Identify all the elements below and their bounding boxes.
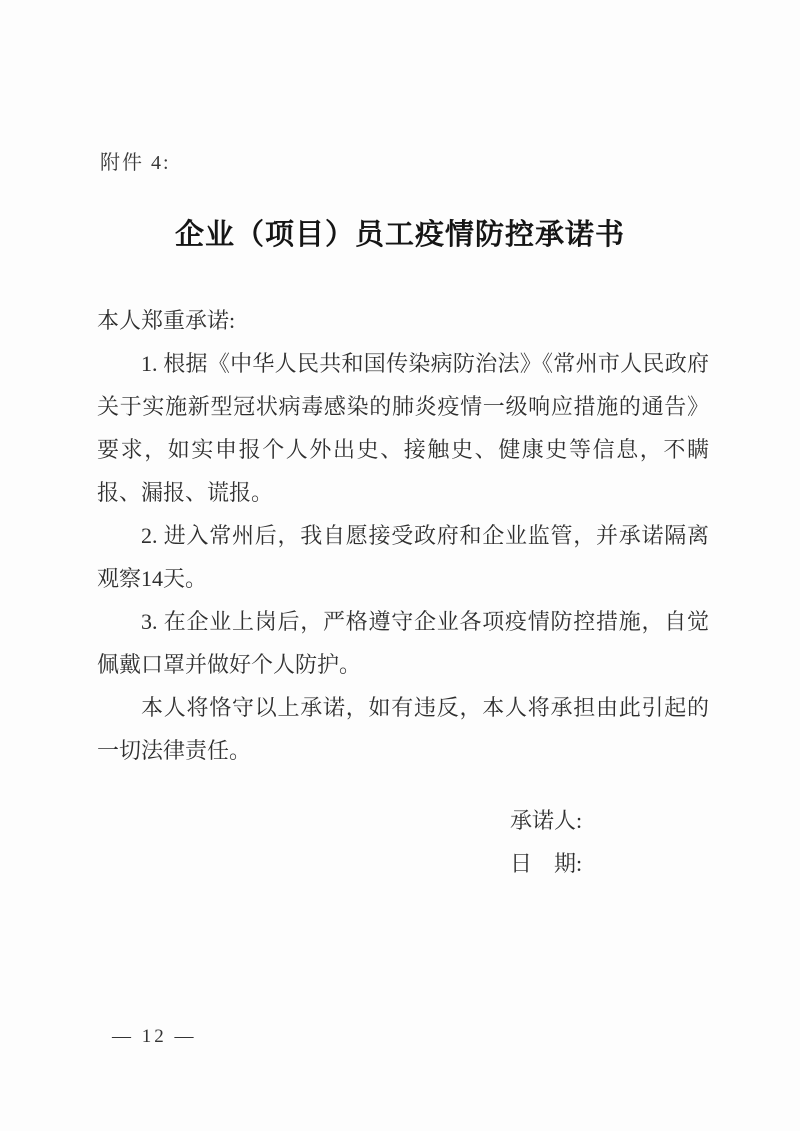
- date-label: 日 期:: [510, 842, 582, 885]
- paragraph-item-3: 3. 在企业上岗后，严格遵守企业各项疫情防控措施，自觉佩戴口罩并做好个人防护。: [97, 600, 709, 686]
- document-page: 附件 4: 企业（项目）员工疫情防控承诺书 本人郑重承诺: 1. 根据《中华人民…: [0, 0, 800, 1131]
- page-number: — 12 —: [112, 1026, 197, 1048]
- paragraph-item-2: 2. 进入常州后，我自愿接受政府和企业监管，并承诺隔离观察14天。: [97, 514, 709, 600]
- signature-block: 承诺人: 日 期:: [510, 799, 582, 885]
- signer-label: 承诺人:: [510, 799, 582, 842]
- paragraph-item-1: 1. 根据《中华人民共和国传染病防治法》《常州市人民政府关于实施新型冠状病毒感染…: [97, 342, 709, 514]
- paragraph-intro: 本人郑重承诺:: [97, 299, 709, 342]
- document-title: 企业（项目）员工疫情防控承诺书: [0, 212, 800, 253]
- attachment-label: 附件 4:: [100, 146, 171, 175]
- paragraph-closing: 本人将恪守以上承诺，如有违反，本人将承担由此引起的一切法律责任。: [97, 686, 709, 772]
- document-body: 本人郑重承诺: 1. 根据《中华人民共和国传染病防治法》《常州市人民政府关于实施…: [97, 299, 709, 772]
